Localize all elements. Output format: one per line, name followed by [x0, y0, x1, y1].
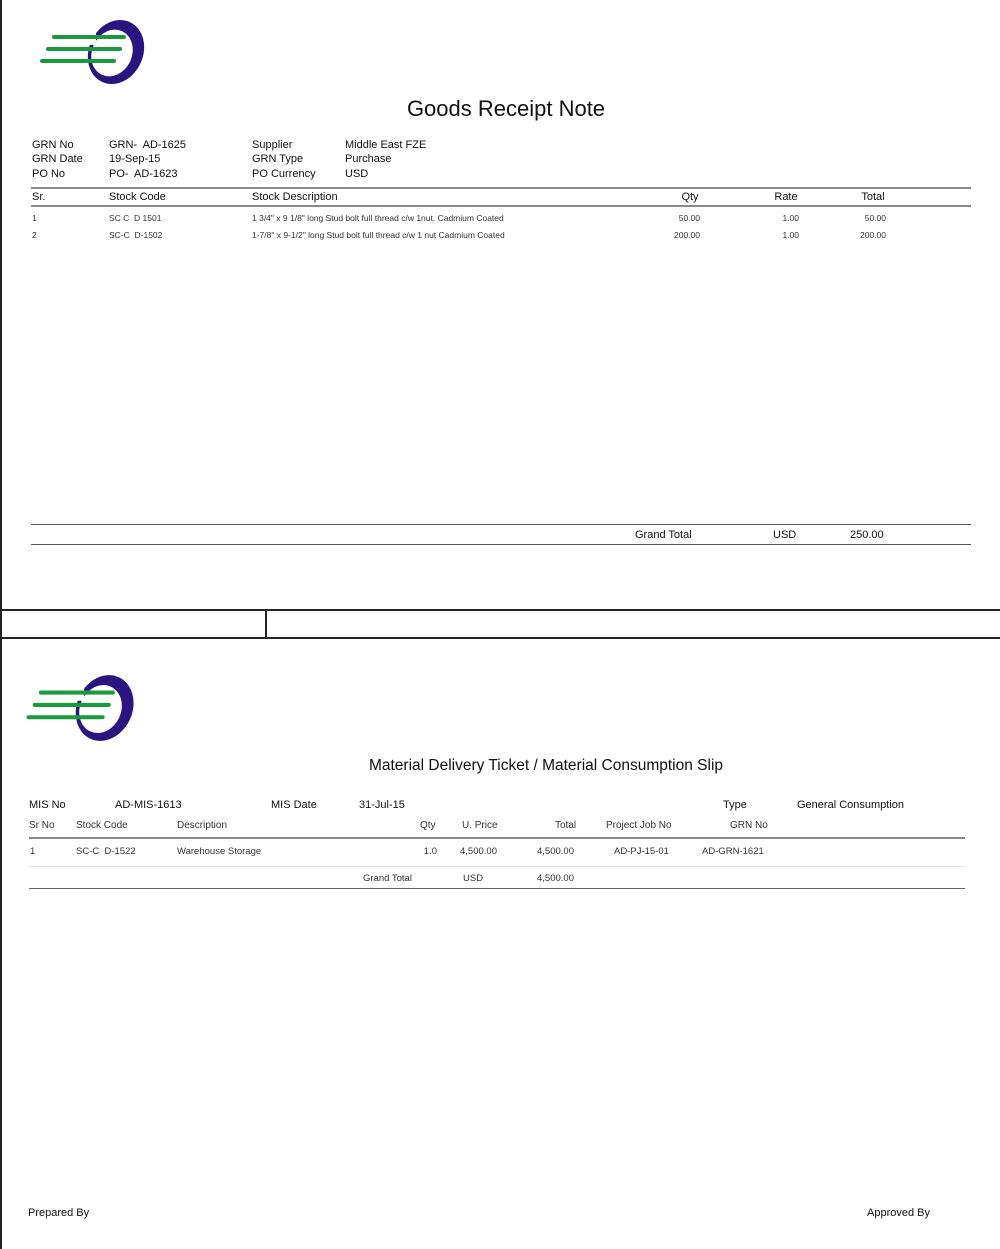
supplier-label: Supplier: [252, 139, 292, 151]
mis-header-rule: [29, 837, 965, 839]
col-qty: Qty: [660, 191, 720, 203]
grn-type-value: Purchase: [345, 153, 391, 165]
company-logo-icon: [38, 15, 148, 89]
row-stock-code: SC-C D-1522: [76, 846, 136, 857]
col-project-job-no: Project Job No: [606, 820, 672, 831]
page-left-border: [0, 0, 2, 1249]
mis-footer-rule: [29, 888, 965, 889]
col-unit-price: U. Price: [462, 820, 498, 831]
row-description: 1 3/4" x 9 1/8" long Stud bolt full thre…: [252, 213, 504, 223]
mis-title: Material Delivery Ticket / Material Cons…: [0, 757, 1000, 775]
mis-no-label: MIS No: [29, 799, 66, 811]
po-no-label: PO No: [32, 168, 65, 180]
grn-header-bottom-rule: [31, 205, 971, 207]
grn-title: Goods Receipt Note: [0, 96, 1000, 122]
col-sr-no: Sr No: [29, 820, 55, 831]
mis-grand-total-label: Grand Total: [363, 873, 412, 884]
col-description: Description: [177, 820, 227, 831]
col-rate: Rate: [756, 191, 816, 203]
col-total: Total: [555, 820, 576, 831]
mis-date-label: MIS Date: [271, 799, 317, 811]
row-description: Warehouse Storage: [177, 846, 261, 857]
po-currency-value: USD: [345, 168, 368, 180]
grn-footer-bottom-rule: [31, 544, 971, 545]
row-qty: 50.00: [640, 213, 700, 223]
row-total: 4,500.00: [537, 846, 574, 857]
row-rate: 1.00: [739, 213, 799, 223]
col-stock-description: Stock Description: [252, 191, 338, 203]
mis-grand-total-value: 4,500.00: [537, 873, 574, 884]
col-grn-no: GRN No: [730, 820, 768, 831]
col-total: Total: [843, 191, 903, 203]
row-unit-price: 4,500.00: [460, 846, 497, 857]
row-total: 50.00: [826, 213, 886, 223]
mis-no-value: AD-MIS-1613: [115, 799, 182, 811]
row-sr: 2: [32, 230, 37, 240]
grn-date-label: GRN Date: [32, 153, 83, 165]
row-sr: 1: [30, 846, 35, 857]
row-qty: 1.0: [397, 846, 437, 857]
col-sr: Sr.: [32, 191, 45, 203]
row-stock-code: SC-C D-1502: [109, 230, 162, 240]
grn-grand-total-value: 250.00: [850, 529, 884, 541]
mis-row-rule: [29, 866, 965, 867]
type-value: General Consumption: [797, 799, 904, 811]
row-grn-no: AD-GRN-1621: [702, 846, 764, 857]
prepared-by-label: Prepared By: [28, 1207, 89, 1219]
po-no-value: PO- AD-1623: [109, 168, 177, 180]
supplier-value: Middle East FZE: [345, 139, 426, 151]
approved-by-label: Approved By: [867, 1207, 930, 1219]
grn-header-top-rule: [31, 187, 971, 189]
grn-grand-total-label: Grand Total: [635, 529, 692, 541]
company-logo-icon: [24, 670, 138, 746]
row-total: 200.00: [826, 230, 886, 240]
col-stock-code: Stock Code: [76, 820, 128, 831]
page-separator-divider: [265, 610, 267, 637]
mis-date-value: 31-Jul-15: [359, 799, 405, 811]
grn-grand-total-currency: USD: [773, 529, 796, 541]
grn-type-label: GRN Type: [252, 153, 303, 165]
page-separator-top: [0, 609, 1000, 611]
row-description: 1-7/8" x 9-1/2" long Stud bolt full thre…: [252, 230, 505, 240]
row-project-job-no: AD-PJ-15-01: [614, 846, 669, 857]
row-sr: 1: [32, 213, 37, 223]
grn-footer-top-rule: [31, 524, 971, 525]
row-stock-code: SC C D 1501: [109, 213, 161, 223]
page-separator-bottom: [0, 637, 1000, 639]
grn-no-label: GRN No: [32, 139, 74, 151]
type-label: Type: [723, 799, 747, 811]
row-rate: 1.00: [739, 230, 799, 240]
grn-no-value: GRN- AD-1625: [109, 139, 186, 151]
col-stock-code: Stock Code: [109, 191, 166, 203]
grn-date-value: 19-Sep-15: [109, 153, 160, 165]
col-qty: Qty: [420, 820, 436, 831]
mis-grand-total-currency: USD: [463, 873, 483, 884]
po-currency-label: PO Currency: [252, 168, 316, 180]
row-qty: 200.00: [640, 230, 700, 240]
